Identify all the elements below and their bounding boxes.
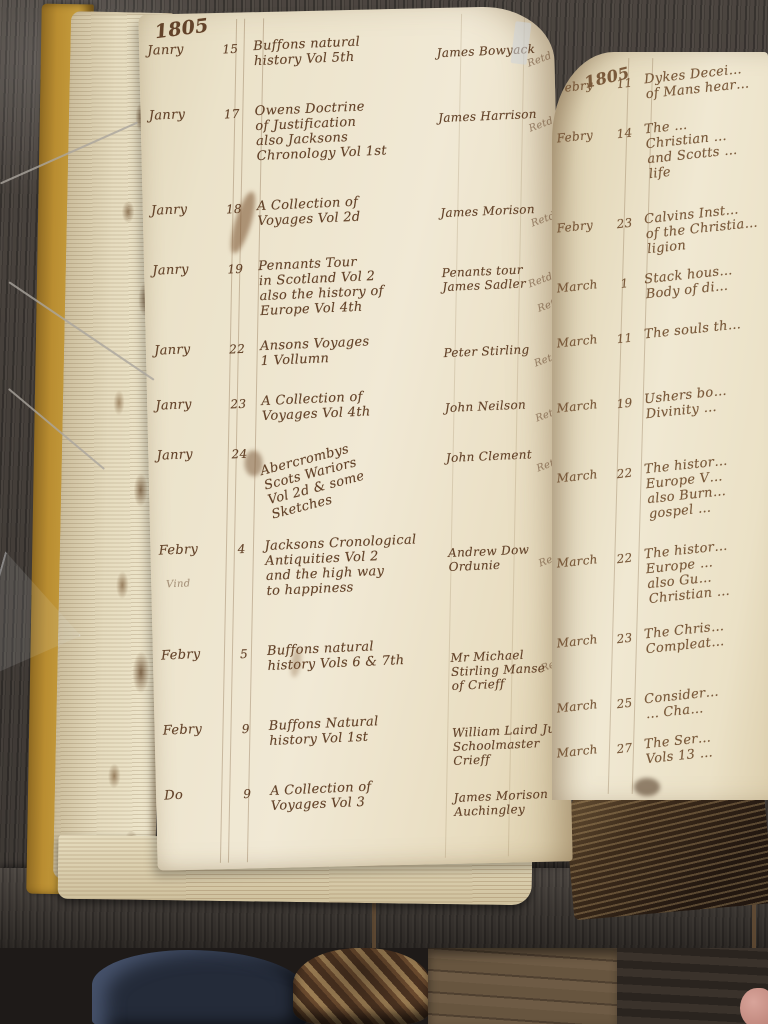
- entry-date: Janry: [155, 396, 226, 414]
- ledger-entry-row: Janry 17 Owens Doctrine of Justification…: [141, 91, 556, 109]
- entry-book-title: Buffons natural history Vol 5th: [253, 31, 442, 69]
- entry-day: 15: [216, 42, 245, 57]
- entry-book-title: Abercrombys Scots Wariors Vol 2d & some …: [259, 417, 456, 522]
- entry-date: March: [556, 696, 613, 716]
- entry-note: Vind: [166, 578, 191, 590]
- ledger-entry-row: March 11 The souls th…: [552, 314, 767, 337]
- floor-area: [0, 948, 768, 1024]
- entry-book-title: The histor… Europe … also Gu… Christian …: [643, 531, 768, 607]
- entry-day: 9: [233, 786, 262, 801]
- entry-day: 4: [227, 541, 256, 556]
- ledger-entry-row: Janry 24 Abercrombys Scots Wariors Vol 2…: [148, 431, 563, 449]
- ledger-entry-row: March 22 The histor… Europe V… also Burn…: [552, 449, 767, 472]
- ink-blot: [634, 778, 660, 796]
- ledger-entry-row: Febry 5 Buffons natural history Vols 6 &…: [153, 631, 568, 649]
- ledger-entry-row: Janry 15 Buffons natural history Vol 5th…: [139, 26, 554, 44]
- ledger-left-page: 1805 Janry 15 Buffons natural history Vo…: [138, 5, 572, 870]
- entry-date: Do: [164, 786, 235, 804]
- entry-day: 27: [611, 740, 638, 757]
- entry-date: Janry: [152, 261, 223, 279]
- ledger-entry-row: Febry 23 Calvins Inst… of the Christia… …: [552, 199, 767, 222]
- entry-borrower: William Laird Jun Schoolmaster Crieff: [452, 721, 568, 768]
- wooden-floorboards: [428, 948, 620, 1024]
- entry-day: 23: [611, 215, 638, 232]
- entry-book-title: A Collection of Voyages Vol 4th: [261, 386, 450, 424]
- entry-book-title: The Ser… Vols 13 …: [643, 721, 768, 768]
- photo-scene: 1805 Janry 15 Buffons natural history Vo…: [0, 0, 768, 1024]
- entry-book-title: Owens Doctrine of Justification also Jac…: [254, 96, 444, 164]
- entry-date: Janry: [154, 341, 225, 359]
- entry-date: Janry: [147, 41, 218, 59]
- ledger-entry-row: Febry 14 The … Christian … and Scotts … …: [552, 109, 767, 132]
- entry-date: Janry: [156, 446, 227, 464]
- entry-day: 1: [611, 275, 638, 292]
- person-leg-jeans: [92, 950, 307, 1024]
- entry-day: 9: [231, 721, 260, 736]
- entry-day: 23: [224, 396, 253, 411]
- bare-foot-toe: [740, 988, 768, 1024]
- woven-leather-shoe: [293, 948, 431, 1024]
- entry-day: 22: [223, 341, 252, 356]
- entry-day: 22: [611, 550, 638, 567]
- entry-day: 11: [611, 75, 638, 92]
- entry-date: March: [556, 741, 613, 761]
- entry-date: Febry: [162, 721, 233, 739]
- entry-book-title: Jacksons Cronological Antiquities Vol 2 …: [264, 531, 454, 599]
- ledger-entry-row: March 19 Ushers bo… Divinity …: [552, 379, 767, 402]
- entry-day: 25: [611, 695, 638, 712]
- entry-day: 19: [221, 262, 250, 277]
- entry-book-title: The histor… Europe V… also Burn… gospel …: [643, 446, 768, 522]
- entry-book-title: Dykes Decei… of Mans hear…: [643, 56, 768, 103]
- entry-date: March: [556, 331, 613, 351]
- entry-book-title: Ushers bo… Divinity …: [643, 376, 768, 423]
- entry-date: Febry: [556, 76, 613, 96]
- entry-day: 5: [230, 646, 259, 661]
- entry-book-title: The … Christian … and Scotts … life: [643, 106, 768, 182]
- entry-date: Janry: [149, 106, 220, 124]
- entry-day: 22: [611, 465, 638, 482]
- ledger-entry-row: March 25 Consider… … Cha…: [552, 679, 767, 702]
- entry-book-title: A Collection of Voyages Vol 2d: [257, 191, 446, 229]
- entry-date: Febry: [556, 216, 613, 236]
- ledger-entry-row: Janry 22 Ansons Voyages 1 Vollumn Peter …: [146, 326, 561, 344]
- entry-date: March: [556, 631, 613, 651]
- entry-day: 14: [611, 125, 638, 142]
- ledger-rows-left: Janry 15 Buffons natural history Vol 5th…: [138, 5, 572, 870]
- entry-book-title: Ansons Voyages 1 Vollumn: [260, 331, 449, 369]
- entry-date: March: [556, 551, 613, 571]
- entry-date: Febry: [161, 646, 232, 664]
- ledger-entry-row: March 27 The Ser… Vols 13 …: [552, 724, 767, 747]
- entry-book-title: Stack hous… Body of di…: [643, 256, 768, 303]
- entry-day: 17: [218, 107, 247, 122]
- entry-book-title: The souls th…: [643, 311, 768, 343]
- entry-book-title: Calvins Inst… of the Christia… ligion: [643, 196, 768, 257]
- ledger-entry-row: Febry 4 Jacksons Cronological Antiquitie…: [150, 526, 565, 544]
- entry-book-title: Buffons Natural history Vol 1st: [268, 711, 457, 749]
- ledger-entry-row: Febry 9 Buffons Natural history Vol 1st …: [154, 706, 569, 724]
- entry-date: Janry: [151, 201, 222, 219]
- ledger-entry-row: Febry 11 Dykes Decei… of Mans hear…: [552, 59, 767, 82]
- entry-date: Febry: [556, 126, 613, 146]
- entry-book-title: A Collection of Voyages Vol 3: [270, 776, 459, 814]
- ledger-entry-row: March 22 The histor… Europe … also Gu… C…: [552, 534, 767, 557]
- entry-date: March: [556, 466, 613, 486]
- entry-day: 19: [611, 395, 638, 412]
- entry-date: March: [556, 396, 613, 416]
- ledger-entry-row: Janry 18 A Collection of Voyages Vol 2d …: [143, 186, 558, 204]
- entry-book-title: Pennants Tour in Scotland Vol 2 also the…: [258, 251, 448, 319]
- ledger-rows-right: Febry 11 Dykes Decei… of Mans hear… Febr…: [552, 52, 768, 800]
- ledger-entry-row: March 23 The Chris… Compleat…: [552, 614, 767, 637]
- ledger-entry-row: Do 9 A Collection of Voyages Vol 3 James…: [156, 771, 571, 789]
- entry-date: March: [556, 276, 613, 296]
- entry-day: 11: [611, 330, 638, 347]
- entry-date: Febry: [158, 541, 229, 559]
- entry-book-title: The Chris… Compleat…: [643, 611, 768, 658]
- ledger-entry-row: Janry 23 A Collection of Voyages Vol 4th…: [147, 381, 562, 399]
- ledger-right-page: 1805 Febry 11 Dykes Decei… of Mans hear……: [552, 52, 768, 800]
- entry-book-title: Consider… … Cha…: [643, 676, 768, 723]
- ledger-entry-row: March 1 Stack hous… Body of di…: [552, 259, 767, 282]
- entry-day: 23: [611, 630, 638, 647]
- ledger-entry-row: Janry 19 Pennants Tour in Scotland Vol 2…: [144, 246, 559, 264]
